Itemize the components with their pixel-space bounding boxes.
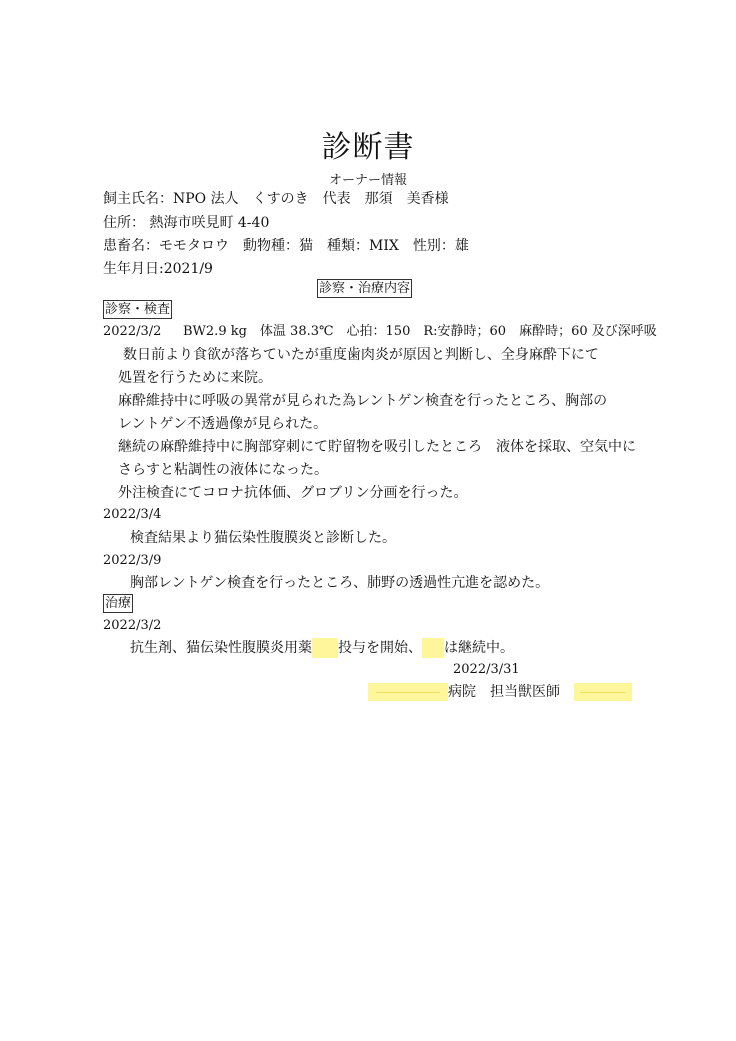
exam-note-line: さらすと粘調性の液体になった。 bbox=[118, 460, 328, 480]
redacted-drug-highlight bbox=[312, 638, 338, 658]
owner-section-heading: オーナー情報 bbox=[0, 169, 736, 188]
patient-birth: 生年月日:2021/9 bbox=[103, 259, 213, 279]
exam-note-line: 麻酔維持中に呼吸の異常が見られた為レントゲン検査を行ったところ、胸部の bbox=[118, 391, 607, 411]
redacted-hospital-highlight bbox=[368, 683, 448, 701]
issue-date: 2022/3/31 bbox=[453, 660, 520, 680]
section-main-label: 診察・治療内容 bbox=[317, 279, 412, 298]
document-title: 診断書 bbox=[0, 122, 736, 166]
exam-note-line: 検査結果より猫伝染性腹膜炎と診断した。 bbox=[130, 528, 396, 548]
section-exam-label: 診察・検査 bbox=[103, 300, 172, 319]
treatment-date: 2022/3/2 bbox=[103, 616, 161, 636]
exam-date: 2022/3/4 bbox=[103, 505, 161, 525]
treatment-text-a: 抗生剤、猫伝染性腹膜炎用薬 bbox=[130, 640, 312, 656]
signature-line: 病院担当獣医師 bbox=[368, 682, 632, 702]
exam-note-line: 処置を行うために来院。 bbox=[118, 368, 272, 388]
exam-note-line: 数日前より食欲が落ちていたが重度歯肉炎が原因と判断し、全身麻酔下にて bbox=[123, 345, 599, 365]
exam-note-line: 外注検査にてコロナ抗体価、グロブリン分画を行った。 bbox=[118, 483, 467, 503]
exam-note-line: 胸部レントゲン検査を行ったところ、肺野の透過性亢進を認めた。 bbox=[130, 573, 549, 593]
owner-address: 住所： 熱海市咲見町 4-40 bbox=[103, 213, 269, 233]
exam-note-line: レントゲン不透過像が見られた。 bbox=[118, 414, 327, 434]
patient-info: 患畜名：モモタロウ 動物種：猫 種類：MIX 性別：雄 bbox=[103, 236, 469, 256]
vet-label: 担当獣医師 bbox=[490, 684, 560, 700]
exam-date: 2022/3/9 bbox=[103, 551, 161, 571]
redacted-drug-highlight bbox=[422, 638, 444, 658]
exam-note-line: 継続の麻酔維持中に胸部穿刺にて貯留物を吸引したところ 液体を採取、空気中に bbox=[118, 437, 636, 457]
section-treatment-label: 治療 bbox=[103, 594, 133, 613]
redacted-vet-highlight bbox=[574, 683, 632, 701]
exam-date: 2022/3/2 bbox=[103, 322, 161, 342]
hospital-suffix: 病院 bbox=[448, 684, 476, 700]
treatment-text: 抗生剤、猫伝染性腹膜炎用薬投与を開始、は継続中。 bbox=[130, 638, 514, 658]
exam-vitals: BW2.9 kg 体温 38.3℃ 心拍：150 R:安静時；60 麻酔時；60… bbox=[183, 322, 657, 342]
owner-name: 飼主氏名：NPO 法人 くすのき 代表 那須 美香様 bbox=[103, 189, 449, 209]
treatment-text-b: 投与を開始、 bbox=[338, 640, 422, 656]
treatment-text-c: は継続中。 bbox=[444, 640, 514, 656]
